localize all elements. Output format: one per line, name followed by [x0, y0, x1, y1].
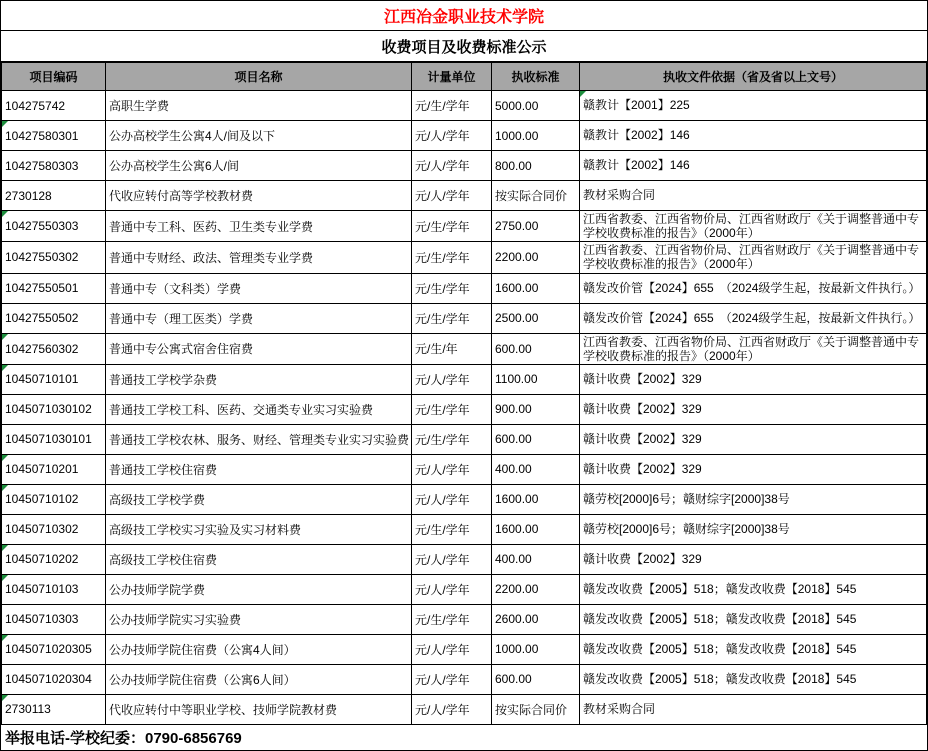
document-basis-cell: 教材采购合同 — [580, 181, 927, 211]
unit-cell: 元/人/学年 — [412, 664, 492, 694]
header-row: 项目编码 项目名称 计量单位 执收标准 执收文件依据（省及省以上文号） — [2, 63, 927, 91]
unit-cell: 元/人/学年 — [412, 121, 492, 151]
unit-cell: 元/生/学年 — [412, 273, 492, 303]
item-name-cell: 普通中专工科、医药、卫生类专业学费 — [106, 211, 412, 242]
report-phone-text: 举报电话-学校纪委：0790-6856769 — [5, 727, 242, 748]
document-basis-cell: 赣计收费【2002】329 — [580, 454, 927, 484]
item-code-cell: 1045071030101 — [2, 424, 106, 454]
item-code-cell: 2730128 — [2, 181, 106, 211]
item-name-cell: 公办技师学院学费 — [106, 574, 412, 604]
unit-cell: 元/生/学年 — [412, 211, 492, 242]
fee-standard-cell: 400.00 — [492, 454, 580, 484]
table-row: 10427580301 公办高校学生公寓4人/间及以下 元/人/学年 1000.… — [2, 121, 927, 151]
fee-standard-cell: 1000.00 — [492, 121, 580, 151]
document-basis-cell: 赣计收费【2002】329 — [580, 424, 927, 454]
fee-standard-cell: 600.00 — [492, 424, 580, 454]
item-code-cell: 10427580303 — [2, 151, 106, 181]
item-code-cell: 10450710102 — [2, 484, 106, 514]
item-code-cell: 10427580301 — [2, 121, 106, 151]
item-name-cell: 高级技工学校实习实验及实习材料费 — [106, 514, 412, 544]
col-header-item-name: 项目名称 — [106, 63, 412, 91]
item-name-cell: 普通中专财经、政法、管理类专业学费 — [106, 242, 412, 273]
fee-standard-cell: 5000.00 — [492, 91, 580, 121]
item-name-cell: 高职生学费 — [106, 91, 412, 121]
item-code-cell: 2730113 — [2, 694, 106, 724]
document-basis-cell: 赣教计【2001】225 — [580, 91, 927, 121]
item-code-cell: 1045071020305 — [2, 634, 106, 664]
item-name-cell: 普通技工学校工科、医药、交通类专业实习实验费 — [106, 394, 412, 424]
col-header-item-code: 项目编码 — [2, 63, 106, 91]
document-basis-cell: 赣教计【2002】146 — [580, 151, 927, 181]
fee-standard-cell: 2750.00 — [492, 211, 580, 242]
fee-standard-cell: 2600.00 — [492, 604, 580, 634]
document-basis-cell: 赣发改收费【2005】518；赣发改收费【2018】545 — [580, 574, 927, 604]
table-row: 1045071020305 公办技师学院住宿费（公寓4人间） 元/人/学年 10… — [2, 634, 927, 664]
page-subtitle: 收费项目及收费标准公示 — [381, 36, 546, 57]
unit-cell: 元/生/学年 — [412, 604, 492, 634]
item-name-cell: 代收应转付中等职业学校、技师学院教材费 — [106, 694, 412, 724]
item-name-cell: 普通中专公寓式宿舍住宿费 — [106, 333, 412, 364]
unit-cell: 元/生/学年 — [412, 303, 492, 333]
document-basis-cell: 赣计收费【2002】329 — [580, 364, 927, 394]
fee-table-body: 104275742 高职生学费 元/生/学年 5000.00 赣教计【2001】… — [2, 91, 927, 725]
table-row: 10427550502 普通中专（理工医类）学费 元/生/学年 2500.00 … — [2, 303, 927, 333]
item-code-cell: 10427550502 — [2, 303, 106, 333]
table-row: 2730128 代收应转付高等学校教材费 元/人/学年 按实际合同价 教材采购合… — [2, 181, 927, 211]
table-row: 10427560302 普通中专公寓式宿舍住宿费 元/生/年 600.00 江西… — [2, 333, 927, 364]
unit-cell: 元/人/学年 — [412, 694, 492, 724]
table-row: 1045071030102 普通技工学校工科、医药、交通类专业实习实验费 元/生… — [2, 394, 927, 424]
document-basis-cell: 赣发改价管【2024】655 （2024级学生起，按最新文件执行。） — [580, 303, 927, 333]
table-row: 10450710202 高级技工学校住宿费 元/人/学年 400.00 赣计收费… — [2, 544, 927, 574]
page-title-row: 江西冶金职业技术学院 — [1, 1, 927, 31]
unit-cell: 元/人/学年 — [412, 574, 492, 604]
item-name-cell: 普通中专（文科类）学费 — [106, 273, 412, 303]
item-name-cell: 公办高校学生公寓4人/间及以下 — [106, 121, 412, 151]
table-row: 10450710102 高级技工学校学费 元/人/学年 1600.00 赣劳校[… — [2, 484, 927, 514]
table-row: 10450710303 公办技师学院实习实验费 元/生/学年 2600.00 赣… — [2, 604, 927, 634]
table-row: 2730113 代收应转付中等职业学校、技师学院教材费 元/人/学年 按实际合同… — [2, 694, 927, 724]
document-basis-cell: 江西省教委、江西省物价局、江西省财政厅《关于调整普通中专学校收费标准的报告》（2… — [580, 333, 927, 364]
item-code-cell: 1045071020304 — [2, 664, 106, 694]
fee-standard-cell: 1600.00 — [492, 484, 580, 514]
table-row: 1045071020304 公办技师学院住宿费（公寓6人间） 元/人/学年 60… — [2, 664, 927, 694]
document-basis-cell: 赣发改收费【2005】518；赣发改收费【2018】545 — [580, 634, 927, 664]
table-row: 10450710101 普通技工学校学杂费 元/人/学年 1100.00 赣计收… — [2, 364, 927, 394]
item-code-cell: 1045071030102 — [2, 394, 106, 424]
fee-disclosure-sheet: 江西冶金职业技术学院 收费项目及收费标准公示 项目编码 项目名称 计量单位 执收… — [0, 0, 928, 751]
fee-standard-cell: 1000.00 — [492, 634, 580, 664]
fee-table-header: 项目编码 项目名称 计量单位 执收标准 执收文件依据（省及省以上文号） — [2, 63, 927, 91]
item-code-cell: 10450710202 — [2, 544, 106, 574]
fee-standard-cell: 800.00 — [492, 151, 580, 181]
item-code-cell: 10450710303 — [2, 604, 106, 634]
unit-cell: 元/人/学年 — [412, 151, 492, 181]
page-title: 江西冶金职业技术学院 — [384, 4, 544, 27]
fee-standard-cell: 900.00 — [492, 394, 580, 424]
unit-cell: 元/人/学年 — [412, 364, 492, 394]
fee-standard-cell: 2500.00 — [492, 303, 580, 333]
col-header-doc-basis: 执收文件依据（省及省以上文号） — [580, 63, 927, 91]
report-phone-row: 举报电话-学校纪委：0790-6856769 — [1, 725, 927, 750]
fee-standard-cell: 600.00 — [492, 333, 580, 364]
unit-cell: 元/人/学年 — [412, 634, 492, 664]
item-name-cell: 公办技师学院住宿费（公寓4人间） — [106, 634, 412, 664]
table-row: 10427550501 普通中专（文科类）学费 元/生/学年 1600.00 赣… — [2, 273, 927, 303]
unit-cell: 元/人/学年 — [412, 544, 492, 574]
item-code-cell: 10427560302 — [2, 333, 106, 364]
item-name-cell: 代收应转付高等学校教材费 — [106, 181, 412, 211]
item-name-cell: 普通技工学校住宿费 — [106, 454, 412, 484]
item-code-cell: 10450710103 — [2, 574, 106, 604]
table-row: 10427550302 普通中专财经、政法、管理类专业学费 元/生/学年 220… — [2, 242, 927, 273]
fee-standard-cell: 2200.00 — [492, 574, 580, 604]
unit-cell: 元/人/学年 — [412, 484, 492, 514]
item-name-cell: 普通技工学校农林、服务、财经、管理类专业实习实验费 — [106, 424, 412, 454]
unit-cell: 元/生/学年 — [412, 514, 492, 544]
fee-standard-cell: 1100.00 — [492, 364, 580, 394]
unit-cell: 元/生/学年 — [412, 424, 492, 454]
document-basis-cell: 赣发改收费【2005】518；赣发改收费【2018】545 — [580, 604, 927, 634]
item-code-cell: 104275742 — [2, 91, 106, 121]
document-basis-cell: 赣发改价管【2024】655 （2024级学生起，按最新文件执行。） — [580, 273, 927, 303]
table-row: 104275742 高职生学费 元/生/学年 5000.00 赣教计【2001】… — [2, 91, 927, 121]
fee-standard-cell: 600.00 — [492, 664, 580, 694]
table-row: 10450710302 高级技工学校实习实验及实习材料费 元/生/学年 1600… — [2, 514, 927, 544]
table-row: 10427580303 公办高校学生公寓6人/间 元/人/学年 800.00 赣… — [2, 151, 927, 181]
fee-standard-cell: 1600.00 — [492, 514, 580, 544]
item-name-cell: 公办技师学院住宿费（公寓6人间） — [106, 664, 412, 694]
col-header-standard: 执收标准 — [492, 63, 580, 91]
item-name-cell: 高级技工学校学费 — [106, 484, 412, 514]
fee-table: 项目编码 项目名称 计量单位 执收标准 执收文件依据（省及省以上文号） 1042… — [1, 62, 927, 725]
table-row: 10450710201 普通技工学校住宿费 元/人/学年 400.00 赣计收费… — [2, 454, 927, 484]
item-code-cell: 10450710101 — [2, 364, 106, 394]
fee-standard-cell: 1600.00 — [492, 273, 580, 303]
unit-cell: 元/生/学年 — [412, 394, 492, 424]
unit-cell: 元/生/学年 — [412, 91, 492, 121]
unit-cell: 元/人/学年 — [412, 181, 492, 211]
table-row: 1045071030101 普通技工学校农林、服务、财经、管理类专业实习实验费 … — [2, 424, 927, 454]
document-basis-cell: 赣计收费【2002】329 — [580, 544, 927, 574]
document-basis-cell: 江西省教委、江西省物价局、江西省财政厅《关于调整普通中专学校收费标准的报告》（2… — [580, 242, 927, 273]
unit-cell: 元/人/学年 — [412, 454, 492, 484]
item-code-cell: 10427550303 — [2, 211, 106, 242]
item-code-cell: 10427550501 — [2, 273, 106, 303]
item-name-cell: 普通技工学校学杂费 — [106, 364, 412, 394]
item-code-cell: 10450710201 — [2, 454, 106, 484]
fee-standard-cell: 2200.00 — [492, 242, 580, 273]
table-row: 10427550303 普通中专工科、医药、卫生类专业学费 元/生/学年 275… — [2, 211, 927, 242]
unit-cell: 元/生/学年 — [412, 242, 492, 273]
document-basis-cell: 赣劳校[2000]6号；赣财综字[2000]38号 — [580, 514, 927, 544]
document-basis-cell: 江西省教委、江西省物价局、江西省财政厅《关于调整普通中专学校收费标准的报告》（2… — [580, 211, 927, 242]
fee-standard-cell: 按实际合同价 — [492, 694, 580, 724]
fee-standard-cell: 400.00 — [492, 544, 580, 574]
document-basis-cell: 赣发改收费【2005】518；赣发改收费【2018】545 — [580, 664, 927, 694]
table-row: 10450710103 公办技师学院学费 元/人/学年 2200.00 赣发改收… — [2, 574, 927, 604]
item-name-cell: 公办高校学生公寓6人/间 — [106, 151, 412, 181]
unit-cell: 元/生/年 — [412, 333, 492, 364]
page-subtitle-row: 收费项目及收费标准公示 — [1, 31, 927, 62]
col-header-unit: 计量单位 — [412, 63, 492, 91]
document-basis-cell: 赣劳校[2000]6号；赣财综字[2000]38号 — [580, 484, 927, 514]
item-name-cell: 高级技工学校住宿费 — [106, 544, 412, 574]
item-name-cell: 公办技师学院实习实验费 — [106, 604, 412, 634]
item-code-cell: 10450710302 — [2, 514, 106, 544]
fee-standard-cell: 按实际合同价 — [492, 181, 580, 211]
document-basis-cell: 教材采购合同 — [580, 694, 927, 724]
item-name-cell: 普通中专（理工医类）学费 — [106, 303, 412, 333]
document-basis-cell: 赣计收费【2002】329 — [580, 394, 927, 424]
item-code-cell: 10427550302 — [2, 242, 106, 273]
document-basis-cell: 赣教计【2002】146 — [580, 121, 927, 151]
